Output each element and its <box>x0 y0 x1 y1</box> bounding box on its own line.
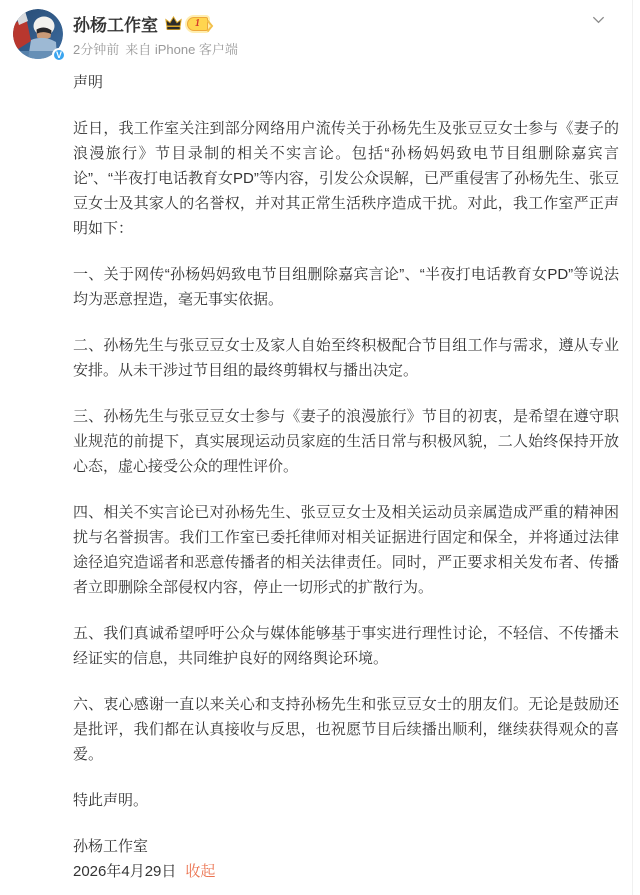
statement-paragraph-2: 二、孙杨先生与张豆豆女士及家人自始至终积极配合节目组工作与需求，遵从专业安排。从… <box>73 333 619 383</box>
statement-closing: 特此声明。 <box>73 788 619 813</box>
vip-badge-tail-icon <box>207 19 214 37</box>
post-source[interactable]: 来自 iPhone 客户端 <box>125 39 238 58</box>
statement-paragraph-6: 六、衷心感谢一直以来关心和支持孙杨先生和张豆豆女士的朋友们。无论是鼓励还是批评，… <box>73 692 619 767</box>
statement-paragraph-5: 五、我们真诚希望呼吁公众与媒体能够基于事实进行理性讨论，不轻信、不传播未经证实的… <box>73 621 619 671</box>
signature: 孙杨工作室 <box>73 834 619 859</box>
collapse-link[interactable]: 收起 <box>185 859 215 884</box>
post-meta: 2分钟前 来自 iPhone 客户端 <box>73 39 238 58</box>
statement-title: 声明 <box>73 70 619 95</box>
name-row: 孙杨工作室 1 <box>73 11 208 36</box>
statement-paragraph-4: 四、相关不实言论已对孙杨先生、张豆豆女士及相关运动员亲属造成严重的精神困扰与名誉… <box>73 500 619 600</box>
post-header: V 孙杨工作室 1 2分钟前 来自 iPhone 客户端 <box>0 0 632 59</box>
statement-body: 声明 近日，我工作室关注到部分网络用户流传关于孙杨先生及张豆豆女士参与《妻子的浪… <box>0 59 632 884</box>
statement-paragraph-3: 三、孙杨先生与张豆豆女士参与《妻子的浪漫旅行》节目的初衷，是希望在遵守职业规范的… <box>73 404 619 479</box>
timestamp: 2分钟前 <box>73 39 119 58</box>
verified-badge-icon: V <box>52 48 66 62</box>
vip-level-number: 1 <box>188 18 207 30</box>
statement-date: 2026年4月29日 <box>73 859 176 884</box>
vip-level-badge: 1 <box>187 17 208 31</box>
chevron-down-icon[interactable] <box>590 11 606 27</box>
avatar[interactable]: V <box>13 9 63 59</box>
vip-crown-icon <box>165 16 182 31</box>
statement-paragraph-1: 一、关于网传“孙杨妈妈致电节目组删除嘉宾言论”、“半夜打电话教育女PD”等说法均… <box>73 262 619 312</box>
date-line: 2026年4月29日 收起 <box>73 859 619 884</box>
username[interactable]: 孙杨工作室 <box>73 11 158 36</box>
weibo-post-card: V 孙杨工作室 1 2分钟前 来自 iPhone 客户端 <box>0 0 633 895</box>
statement-paragraph-intro: 近日，我工作室关注到部分网络用户流传关于孙杨先生及张豆豆女士参与《妻子的浪漫旅行… <box>73 116 619 241</box>
